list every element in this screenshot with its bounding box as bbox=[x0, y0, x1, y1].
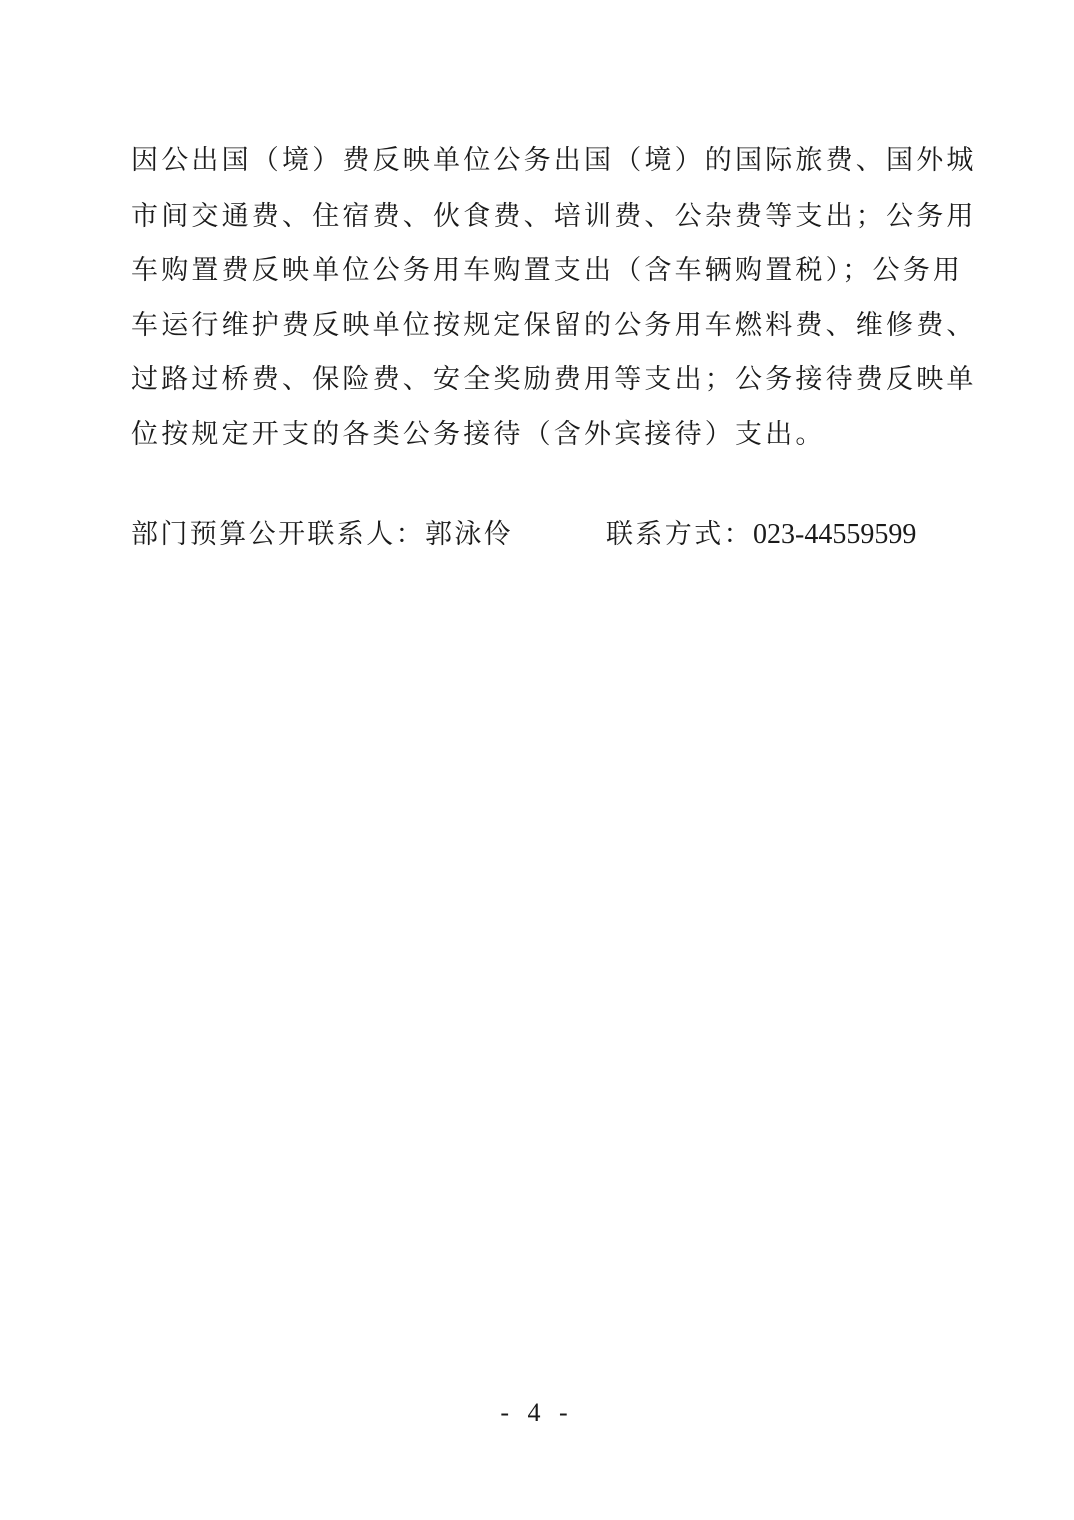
paragraph-line-4: 车运行维护费反映单位按规定保留的公务用车燃料费、维修费、 bbox=[131, 308, 947, 344]
contact-person-name: 郭泳伶 bbox=[425, 519, 513, 550]
contact-person-label: 部门预算公开联系人： bbox=[131, 519, 425, 550]
paragraph-line-5: 过路过桥费、保险费、安全奖励费用等支出；公务接待费反映单 bbox=[131, 362, 947, 398]
paragraph-line-1: 因公出国（境）费反映单位公务出国（境）的国际旅费、国外城 bbox=[131, 143, 947, 179]
page-number: - 4 - bbox=[0, 1398, 1074, 1428]
document-page: 因公出国（境）费反映单位公务出国（境）的国际旅费、国外城 市间交通费、住宿费、伙… bbox=[0, 0, 1074, 1520]
paragraph-line-2: 市间交通费、住宿费、伙食费、培训费、公杂费等支出；公务用 bbox=[131, 199, 947, 235]
contact-phone: 联系方式：023-44559599 bbox=[606, 517, 916, 553]
contact-phone-label: 联系方式： bbox=[606, 519, 753, 550]
paragraph-line-6: 位按规定开支的各类公务接待（含外宾接待）支出。 bbox=[131, 417, 947, 453]
contact-phone-number: 023-44559599 bbox=[753, 519, 916, 550]
paragraph-line-3: 车购置费反映单位公务用车购置支出（含车辆购置税）；公务用 bbox=[131, 253, 947, 289]
contact-line: 部门预算公开联系人：郭泳伶 联系方式：023-44559599 bbox=[131, 517, 513, 553]
